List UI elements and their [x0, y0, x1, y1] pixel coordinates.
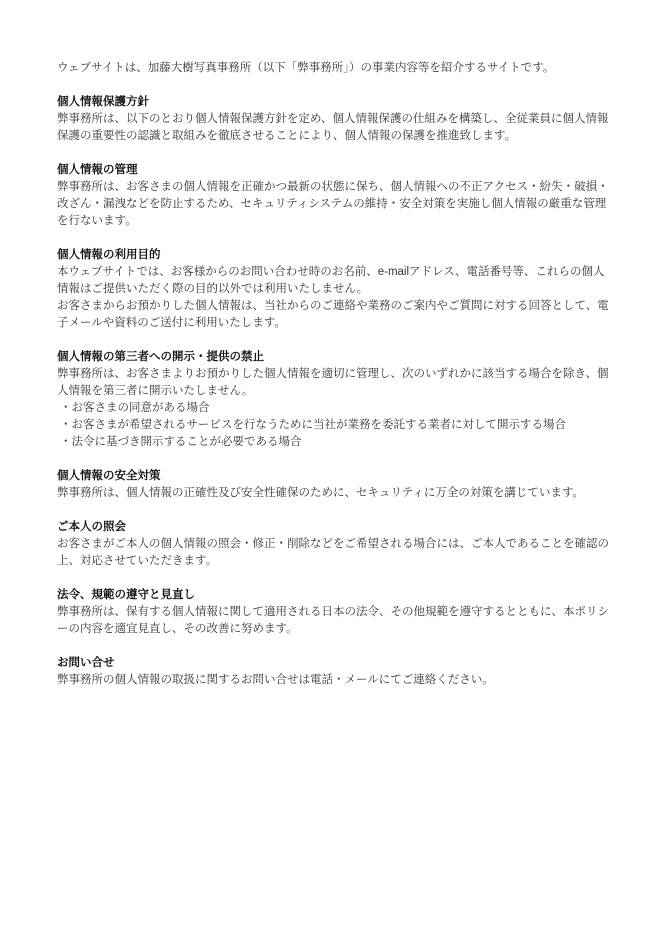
list-item: ・法令に基づき開示することが必要である場合 — [57, 434, 613, 451]
section-paragraph: 弊事務所の個人情報の取扱に関するお問い合せは電話・メールにてご連絡ください。 — [57, 672, 613, 689]
section-contact: お問い合せ 弊事務所の個人情報の取扱に関するお問い合せは電話・メールにてご連絡く… — [57, 655, 613, 689]
section-paragraph: 弊事務所は、以下のとおり個人情報保護方針を定め、個人情報保護の仕組みを構築し、全… — [57, 111, 613, 145]
section-paragraph: 弊事務所は、個人情報の正確性及び安全性確保のために、セキュリティに万全の対策を講… — [57, 485, 613, 502]
section-paragraph: 本ウェブサイトでは、お客様からのお問い合わせ時のお名前、e-mailアドレス、電… — [57, 264, 613, 298]
section-heading: 個人情報の第三者への開示・提供の禁止 — [57, 349, 613, 366]
section-heading: 個人情報の利用目的 — [57, 247, 613, 264]
section-security-measures: 個人情報の安全対策 弊事務所は、個人情報の正確性及び安全性確保のために、セキュリ… — [57, 468, 613, 502]
section-purpose-of-use: 個人情報の利用目的 本ウェブサイトでは、お客様からのお問い合わせ時のお名前、e-… — [57, 247, 613, 332]
section-heading: 個人情報の管理 — [57, 162, 613, 179]
section-heading: 個人情報の安全対策 — [57, 468, 613, 485]
privacy-policy-document: ウェブサイトは、加藤大樹写真事務所（以下「弊事務所」）の事業内容等を紹介するサイ… — [57, 60, 613, 689]
section-heading: 法令、規範の遵守と見直し — [57, 587, 613, 604]
section-information-management: 個人情報の管理 弊事務所は、お客さまの個人情報を正確かつ最新の状態に保ち、個人情… — [57, 162, 613, 230]
section-paragraph: 弊事務所は、お客さまの個人情報を正確かつ最新の状態に保ち、個人情報への不正アクセ… — [57, 179, 613, 230]
section-heading: お問い合せ — [57, 655, 613, 672]
section-paragraph: お客さまがご本人の個人情報の照会・修正・削除などをご希望される場合には、ご本人で… — [57, 536, 613, 570]
section-privacy-policy: 個人情報保護方針 弊事務所は、以下のとおり個人情報保護方針を定め、個人情報保護の… — [57, 94, 613, 145]
list-item: ・お客さまの同意がある場合 — [57, 400, 613, 417]
section-third-party-disclosure: 個人情報の第三者への開示・提供の禁止 弊事務所は、お客さまよりお預かりした個人情… — [57, 349, 613, 451]
section-legal-compliance: 法令、規範の遵守と見直し 弊事務所は、保有する個人情報に関して適用される日本の法… — [57, 587, 613, 638]
list-item: ・お客さまが希望されるサービスを行なうために当社が業務を委託する業者に対して開示… — [57, 417, 613, 434]
disclosure-exception-list: ・お客さまの同意がある場合 ・お客さまが希望されるサービスを行なうために当社が業… — [57, 400, 613, 451]
section-heading: 個人情報保護方針 — [57, 94, 613, 111]
section-heading: ご本人の照会 — [57, 519, 613, 536]
section-paragraph: 弊事務所は、保有する個人情報に関して適用される日本の法令、その他規範を遵守すると… — [57, 604, 613, 638]
intro-paragraph: ウェブサイトは、加藤大樹写真事務所（以下「弊事務所」）の事業内容等を紹介するサイ… — [57, 60, 613, 77]
section-personal-inquiry: ご本人の照会 お客さまがご本人の個人情報の照会・修正・削除などをご希望される場合… — [57, 519, 613, 570]
section-paragraph: お客さまからお預かりした個人情報は、当社からのご連絡や業務のご案内やご質問に対す… — [57, 298, 613, 332]
section-paragraph: 弊事務所は、お客さまよりお預かりした個人情報を適切に管理し、次のいずれかに該当す… — [57, 366, 613, 400]
